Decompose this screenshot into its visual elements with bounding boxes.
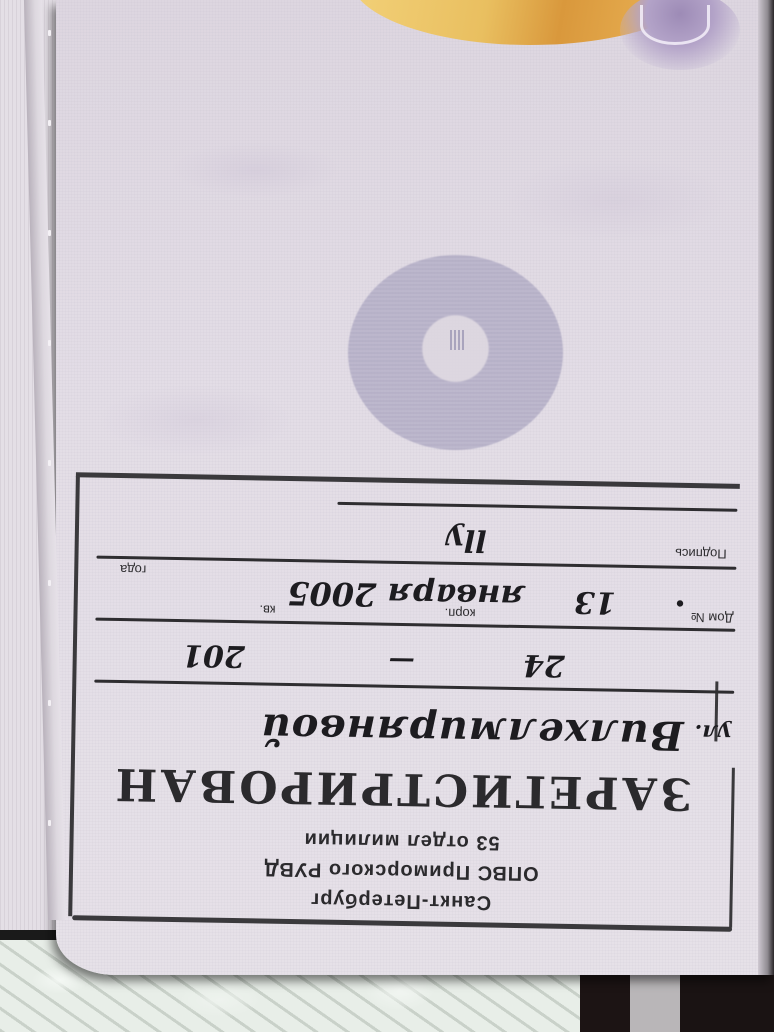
background-dark-strip (580, 975, 630, 1032)
date-line (96, 556, 736, 570)
signature-line (337, 502, 737, 512)
stitch-mark (48, 120, 51, 126)
background-dark-strip (680, 975, 774, 1032)
stitch-mark (48, 700, 51, 706)
building-value: — (388, 646, 415, 676)
registration-stamp: Санкт-Петербург ОПВС Приморского РУВД 53… (60, 472, 748, 932)
stitch-mark (48, 30, 51, 36)
watermark-circle (348, 255, 563, 450)
stamp-border (68, 476, 80, 916)
date-dot: • (674, 592, 686, 613)
apartment-label: кв. (259, 602, 275, 617)
stamp-city: Санкт-Петербург (60, 883, 740, 918)
house-value: 24 (523, 647, 565, 683)
house-label: Дом № (691, 610, 734, 626)
stitch-mark (48, 340, 51, 346)
date-month: января 2005 (287, 574, 526, 616)
signature-label: Подпись (675, 546, 727, 562)
stitch-mark (48, 230, 51, 236)
stamp-department: 53 отдел милиции (61, 823, 741, 858)
stamp-title: ЗАРЕГИСТРИРОВАН (62, 757, 743, 820)
street-prefix: ул. (694, 719, 731, 746)
stitch-mark (48, 820, 51, 826)
watermark-center (450, 330, 466, 350)
background-light-strip (630, 975, 680, 1032)
photo-scene: Санкт-Петербург ОПВС Приморского РУВД 53… (0, 0, 774, 1032)
signature-value: lly (446, 522, 487, 558)
stitch-mark (48, 460, 51, 466)
ornament-swirl-icon (640, 5, 710, 45)
page-right-edge (758, 0, 774, 975)
stitch-mark (48, 580, 51, 586)
house-line (95, 618, 735, 632)
year-suffix: года (120, 562, 146, 577)
street-line (94, 680, 734, 694)
apartment-value: 201 (182, 637, 245, 673)
stamp-organization: ОПВС Приморского РУВД (61, 853, 741, 888)
date-day: 13 (574, 584, 616, 620)
street-value: Вилхелмирянвой (260, 705, 684, 759)
